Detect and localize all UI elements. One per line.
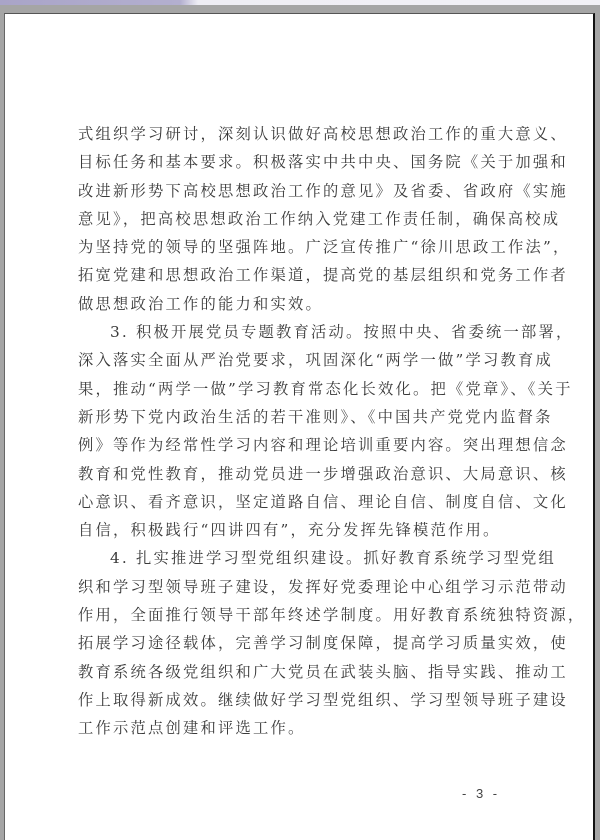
- text-line: 作用，全面推行领导干部年终述学制度。用好教育系统独特资源，: [78, 601, 518, 629]
- text-line: 自信，积极践行“四讲四有”，充分发挥先锋模范作用。: [78, 516, 518, 544]
- text-line: 目标任务和基本要求。积极落实中共中央、国务院《关于加强和: [78, 148, 518, 176]
- text-line: 做思想政治工作的能力和实效。: [78, 290, 518, 318]
- text-line: 作上取得新成效。继续做好学习型党组织、学习型领导班子建设: [78, 686, 518, 714]
- text-line: 新形势下党内政治生活的若干准则》、《中国共产党党内监督条: [78, 403, 518, 431]
- text-line: 意见》，把高校思想政治工作纳入党建工作责任制，确保高校成: [78, 205, 518, 233]
- text-line: 心意识、看齐意识，坚定道路自信、理论自信、制度自信、文化: [78, 488, 518, 516]
- text-line: 式组织学习研讨，深刻认识做好高校思想政治工作的重大意义、: [78, 120, 518, 148]
- text-line: 果，推动“两学一做”学习教育常态化长效化。把《党章》、《关于: [78, 375, 518, 403]
- section-heading-line: 4. 扎实推进学习型党组织建设。抓好教育系统学习型党组: [78, 544, 518, 572]
- page-number: - 3 -: [462, 786, 500, 801]
- document-body: 式组织学习研讨，深刻认识做好高校思想政治工作的重大意义、 目标任务和基本要求。积…: [78, 120, 518, 743]
- text-line: 为坚持党的领导的坚强阵地。广泛宣传推广“徐川思政工作法”，: [78, 233, 518, 261]
- text-line: 织和学习型领导班子建设，发挥好党委理论中心组学习示范带动: [78, 573, 518, 601]
- text-line: 教育系统各级党组织和广大党员在武装头脑、指导实践、推动工: [78, 658, 518, 686]
- text-line: 例》等作为经常性学习内容和理论培训重要内容。突出理想信念: [78, 431, 518, 459]
- text-line: 工作示范点创建和评选工作。: [78, 714, 518, 742]
- text-line: 拓展学习途径载体，完善学习制度保障，提高学习质量实效，使: [78, 629, 518, 657]
- text-line: 深入落实全面从严治党要求，巩固深化“两学一做”学习教育成: [78, 346, 518, 374]
- text-line: 拓宽党建和思想政治工作渠道，提高党的基层组织和党务工作者: [78, 261, 518, 289]
- text-line: 改进新形势下高校思想政治工作的意见》及省委、省政府《实施: [78, 177, 518, 205]
- text-line: 教育和党性教育，推动党员进一步增强政治意识、大局意识、核: [78, 460, 518, 488]
- section-heading-line: 3. 积极开展党员专题教育活动。按照中央、省委统一部署，: [78, 318, 518, 346]
